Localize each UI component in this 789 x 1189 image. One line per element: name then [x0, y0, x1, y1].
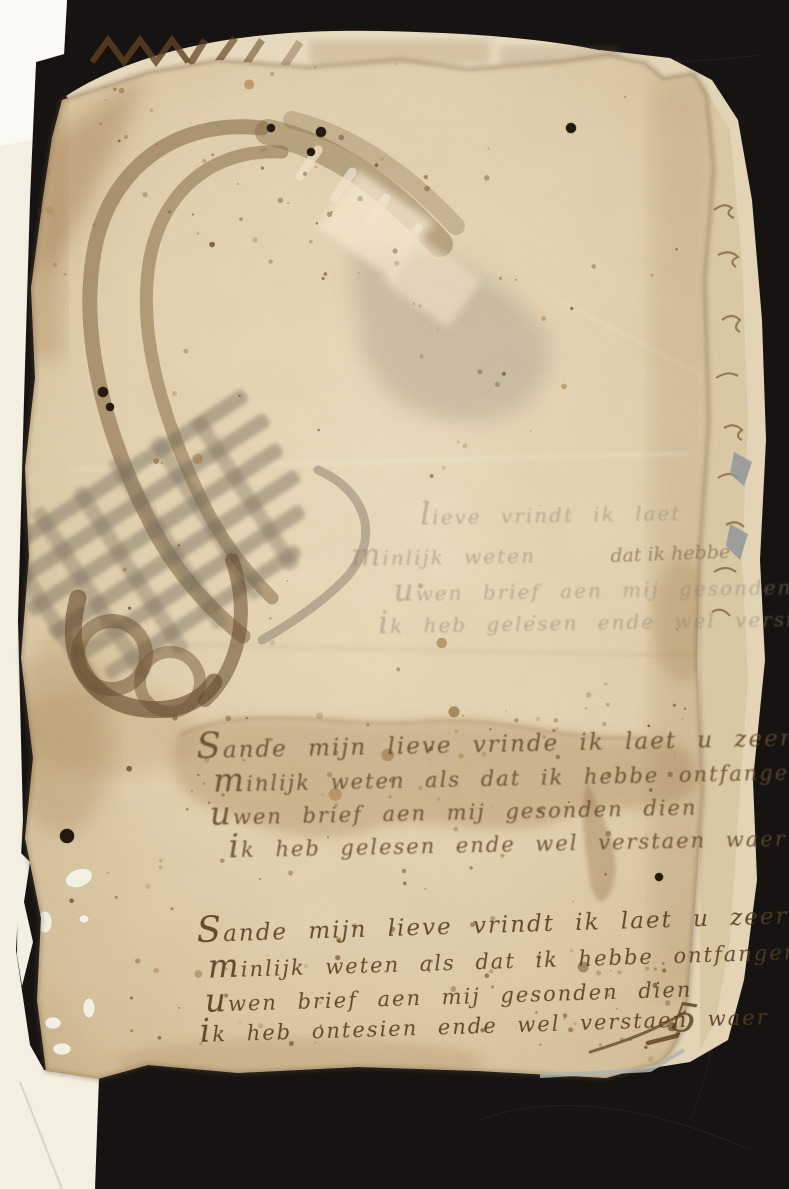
faded-line-1: lieve vrindt ik laet	[420, 492, 682, 533]
faded-fragment: dat ik hebbe	[610, 541, 731, 567]
faded-line-4: ik heb gelesen ende wel verstaen	[378, 597, 789, 641]
manuscript-photo: lieve vrindt ik laet minlijk weten uwen …	[0, 0, 789, 1189]
faded-line-2: minlijk weten	[351, 534, 536, 573]
